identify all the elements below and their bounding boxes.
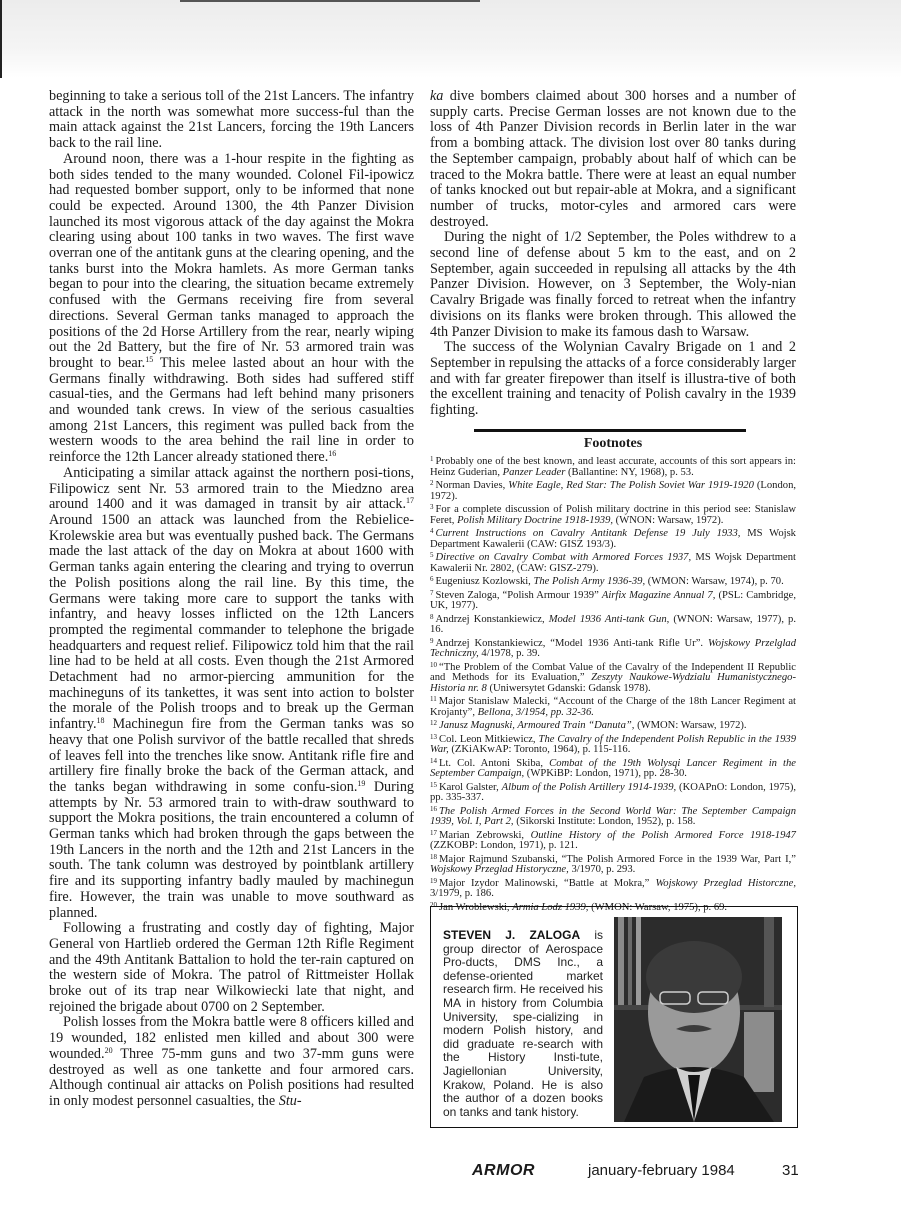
footnote-item: 14Lt. Col. Antoni Skiba, Combat of the 1… <box>430 756 796 780</box>
footnote-number: 8 <box>430 613 434 621</box>
footnote-number: 12 <box>430 719 437 727</box>
footnote-item: 18Major Rajmund Szubanski, “The Polish A… <box>430 852 796 876</box>
issue-date: january-february 1984 <box>588 1162 735 1179</box>
footnote-number: 18 <box>430 853 437 861</box>
paragraph: beginning to take a serious toll of the … <box>49 89 414 152</box>
footnote-ref[interactable]: 20 <box>105 1046 113 1055</box>
paragraph: ka dive bombers claimed about 300 horses… <box>430 89 796 230</box>
paragraph: Polish losses from the Mokra battle were… <box>49 1015 414 1109</box>
portrait-illustration <box>614 917 782 1122</box>
footnote-number: 7 <box>430 589 434 597</box>
footnotes-title: Footnotes <box>430 436 796 452</box>
footnote-number: 15 <box>430 781 437 789</box>
footnote-ref[interactable]: 18 <box>97 716 105 725</box>
footnote-item: 3For a complete discussion of Polish mil… <box>430 502 796 526</box>
footnote-item: 10“The Problem of the Combat Value of th… <box>430 660 796 695</box>
footnote-number: 16 <box>430 805 437 813</box>
paragraph: Following a frustrating and costly day o… <box>49 921 414 1015</box>
footnote-item: 9Andrzej Konstankiewicz, “Model 1936 Ant… <box>430 636 796 660</box>
footnote-item: 4Current Instructions on Cavalry Antitan… <box>430 526 796 550</box>
footnote-number: 14 <box>430 757 437 765</box>
footnote-number: 19 <box>430 877 437 885</box>
footnote-item: 12Janusz Magnuski, Armoured Train “Danut… <box>430 718 796 732</box>
page-number: 31 <box>782 1162 799 1179</box>
previous-page-bleed <box>0 0 901 78</box>
footnote-item: 11Major Stanislaw Malecki, “Account of t… <box>430 694 796 718</box>
footnotes-list: 1Probably one of the best known, and lea… <box>430 454 796 913</box>
footnote-ref[interactable]: 19 <box>357 779 365 788</box>
bleed-rule <box>180 0 480 2</box>
footnotes-rule <box>474 429 746 432</box>
footnote-number: 9 <box>430 637 434 645</box>
footnote-number: 2 <box>430 479 434 487</box>
footnote-number: 3 <box>430 503 434 511</box>
paragraph: Around noon, there was a 1-hour respite … <box>49 152 414 466</box>
footnote-number: 13 <box>430 733 437 741</box>
footnote-item: 19Major Izydor Malinowski, “Battle at Mo… <box>430 876 796 900</box>
author-bio-box: STEVEN J. ZALOGA is group director of Ae… <box>430 906 798 1128</box>
footnote-number: 5 <box>430 551 434 559</box>
footnote-item: 8Andrzej Konstankiewicz, Model 1936 Anti… <box>430 612 796 636</box>
footnote-item: 7Steven Zaloga, “Polish Armour 1939” Air… <box>430 588 796 612</box>
footnote-item: 13Col. Leon Mitkiewicz, The Cavalry of t… <box>430 732 796 756</box>
magazine-brand: ARMOR <box>472 1162 535 1180</box>
article-right-column: ka dive bombers claimed about 300 horses… <box>430 89 796 913</box>
footnote-item: 16The Polish Armed Forces in the Second … <box>430 804 796 828</box>
footnote-number: 10 <box>430 661 437 669</box>
footnote-number: 4 <box>430 527 434 535</box>
bleed-edge <box>0 0 2 78</box>
author-name: STEVEN J. ZALOGA <box>443 928 580 942</box>
footnote-number: 6 <box>430 575 434 583</box>
author-bio-text: STEVEN J. ZALOGA is group director of Ae… <box>443 929 603 1119</box>
paragraph: During the night of 1/2 September, the P… <box>430 230 796 340</box>
page-footer: ARMOR january-february 1984 31 <box>430 1160 870 1184</box>
paragraph: Anticipating a similar attack against th… <box>49 466 414 921</box>
footnote-ref[interactable]: 17 <box>406 496 414 505</box>
footnote-number: 1 <box>430 455 434 463</box>
footnote-item: 2Norman Davies, White Eagle, Red Star: T… <box>430 478 796 502</box>
paragraph: The success of the Wolynian Cavalry Brig… <box>430 340 796 419</box>
footnote-item: 1Probably one of the best known, and lea… <box>430 454 796 478</box>
footnote-item: 15Karol Galster, Album of the Polish Art… <box>430 780 796 804</box>
article-left-column: beginning to take a serious toll of the … <box>49 89 414 1110</box>
author-portrait-photo <box>614 917 782 1122</box>
footnote-item: 17Marian Zebrowski, Outline History of t… <box>430 828 796 852</box>
footnote-number: 11 <box>430 695 437 703</box>
footnote-ref[interactable]: 16 <box>328 449 336 458</box>
footnote-number: 17 <box>430 829 437 837</box>
footnote-item: 5Directive on Cavalry Combat with Armore… <box>430 550 796 574</box>
footnote-item: 6Eugeniusz Kozlowski, The Polish Army 19… <box>430 574 796 588</box>
footnote-ref[interactable]: 15 <box>145 355 153 364</box>
